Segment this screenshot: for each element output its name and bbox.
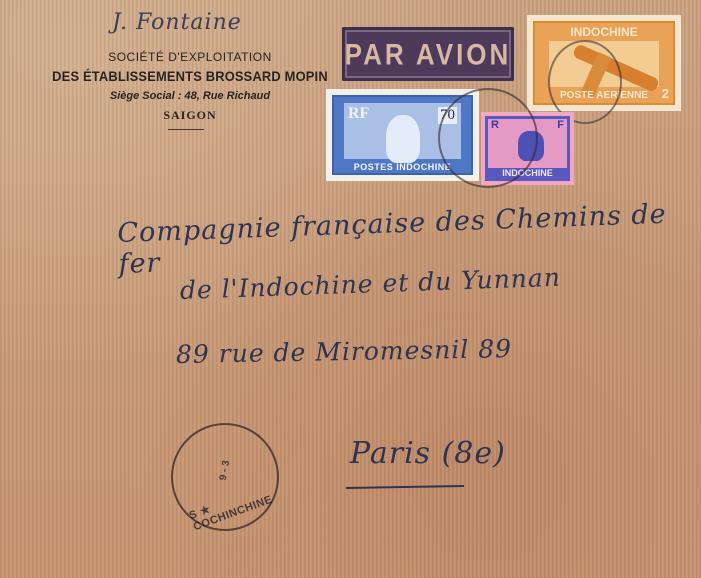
par-avion-label: PAR AVION <box>342 27 514 81</box>
airmail-stamp-value: 2 <box>662 86 669 101</box>
sender-address: Siège Social : 48, Rue Richaud <box>40 90 340 102</box>
recipient-city: Paris (8e) <box>350 436 506 471</box>
sender-city: SAIGON <box>40 108 340 123</box>
recipient-line-3: 89 rue de Miromesnil 89 <box>176 334 513 369</box>
postmark-top <box>438 88 538 188</box>
recipient-city-underline <box>346 485 464 489</box>
airmail-stamp-country: INDOCHINE <box>535 25 673 39</box>
postmark-date: 9 - 3 <box>218 460 232 482</box>
sender-company-name: DES ÉTABLISSEMENTS BROSSARD MOPIN <box>52 68 328 84</box>
sender-divider <box>168 129 204 130</box>
pink-stamp-corner-right: F <box>557 119 564 131</box>
envelope: J. Fontaine SOCIÉTÉ D'EXPLOITATION DES É… <box>0 0 701 578</box>
par-avion-text: PAR AVION <box>345 36 512 72</box>
postmark-ring-text: S ★ COCHINCHINE <box>187 480 278 534</box>
blue-stamp-monogram: RF <box>348 105 369 123</box>
sender-signature: J. Fontaine <box>112 10 242 35</box>
dancer-figure-icon <box>386 115 420 163</box>
sender-line-1: SOCIÉTÉ D'EXPLOITATION <box>40 50 340 64</box>
postmark-bottom: 9 - 3 S ★ COCHINCHINE <box>171 423 279 531</box>
